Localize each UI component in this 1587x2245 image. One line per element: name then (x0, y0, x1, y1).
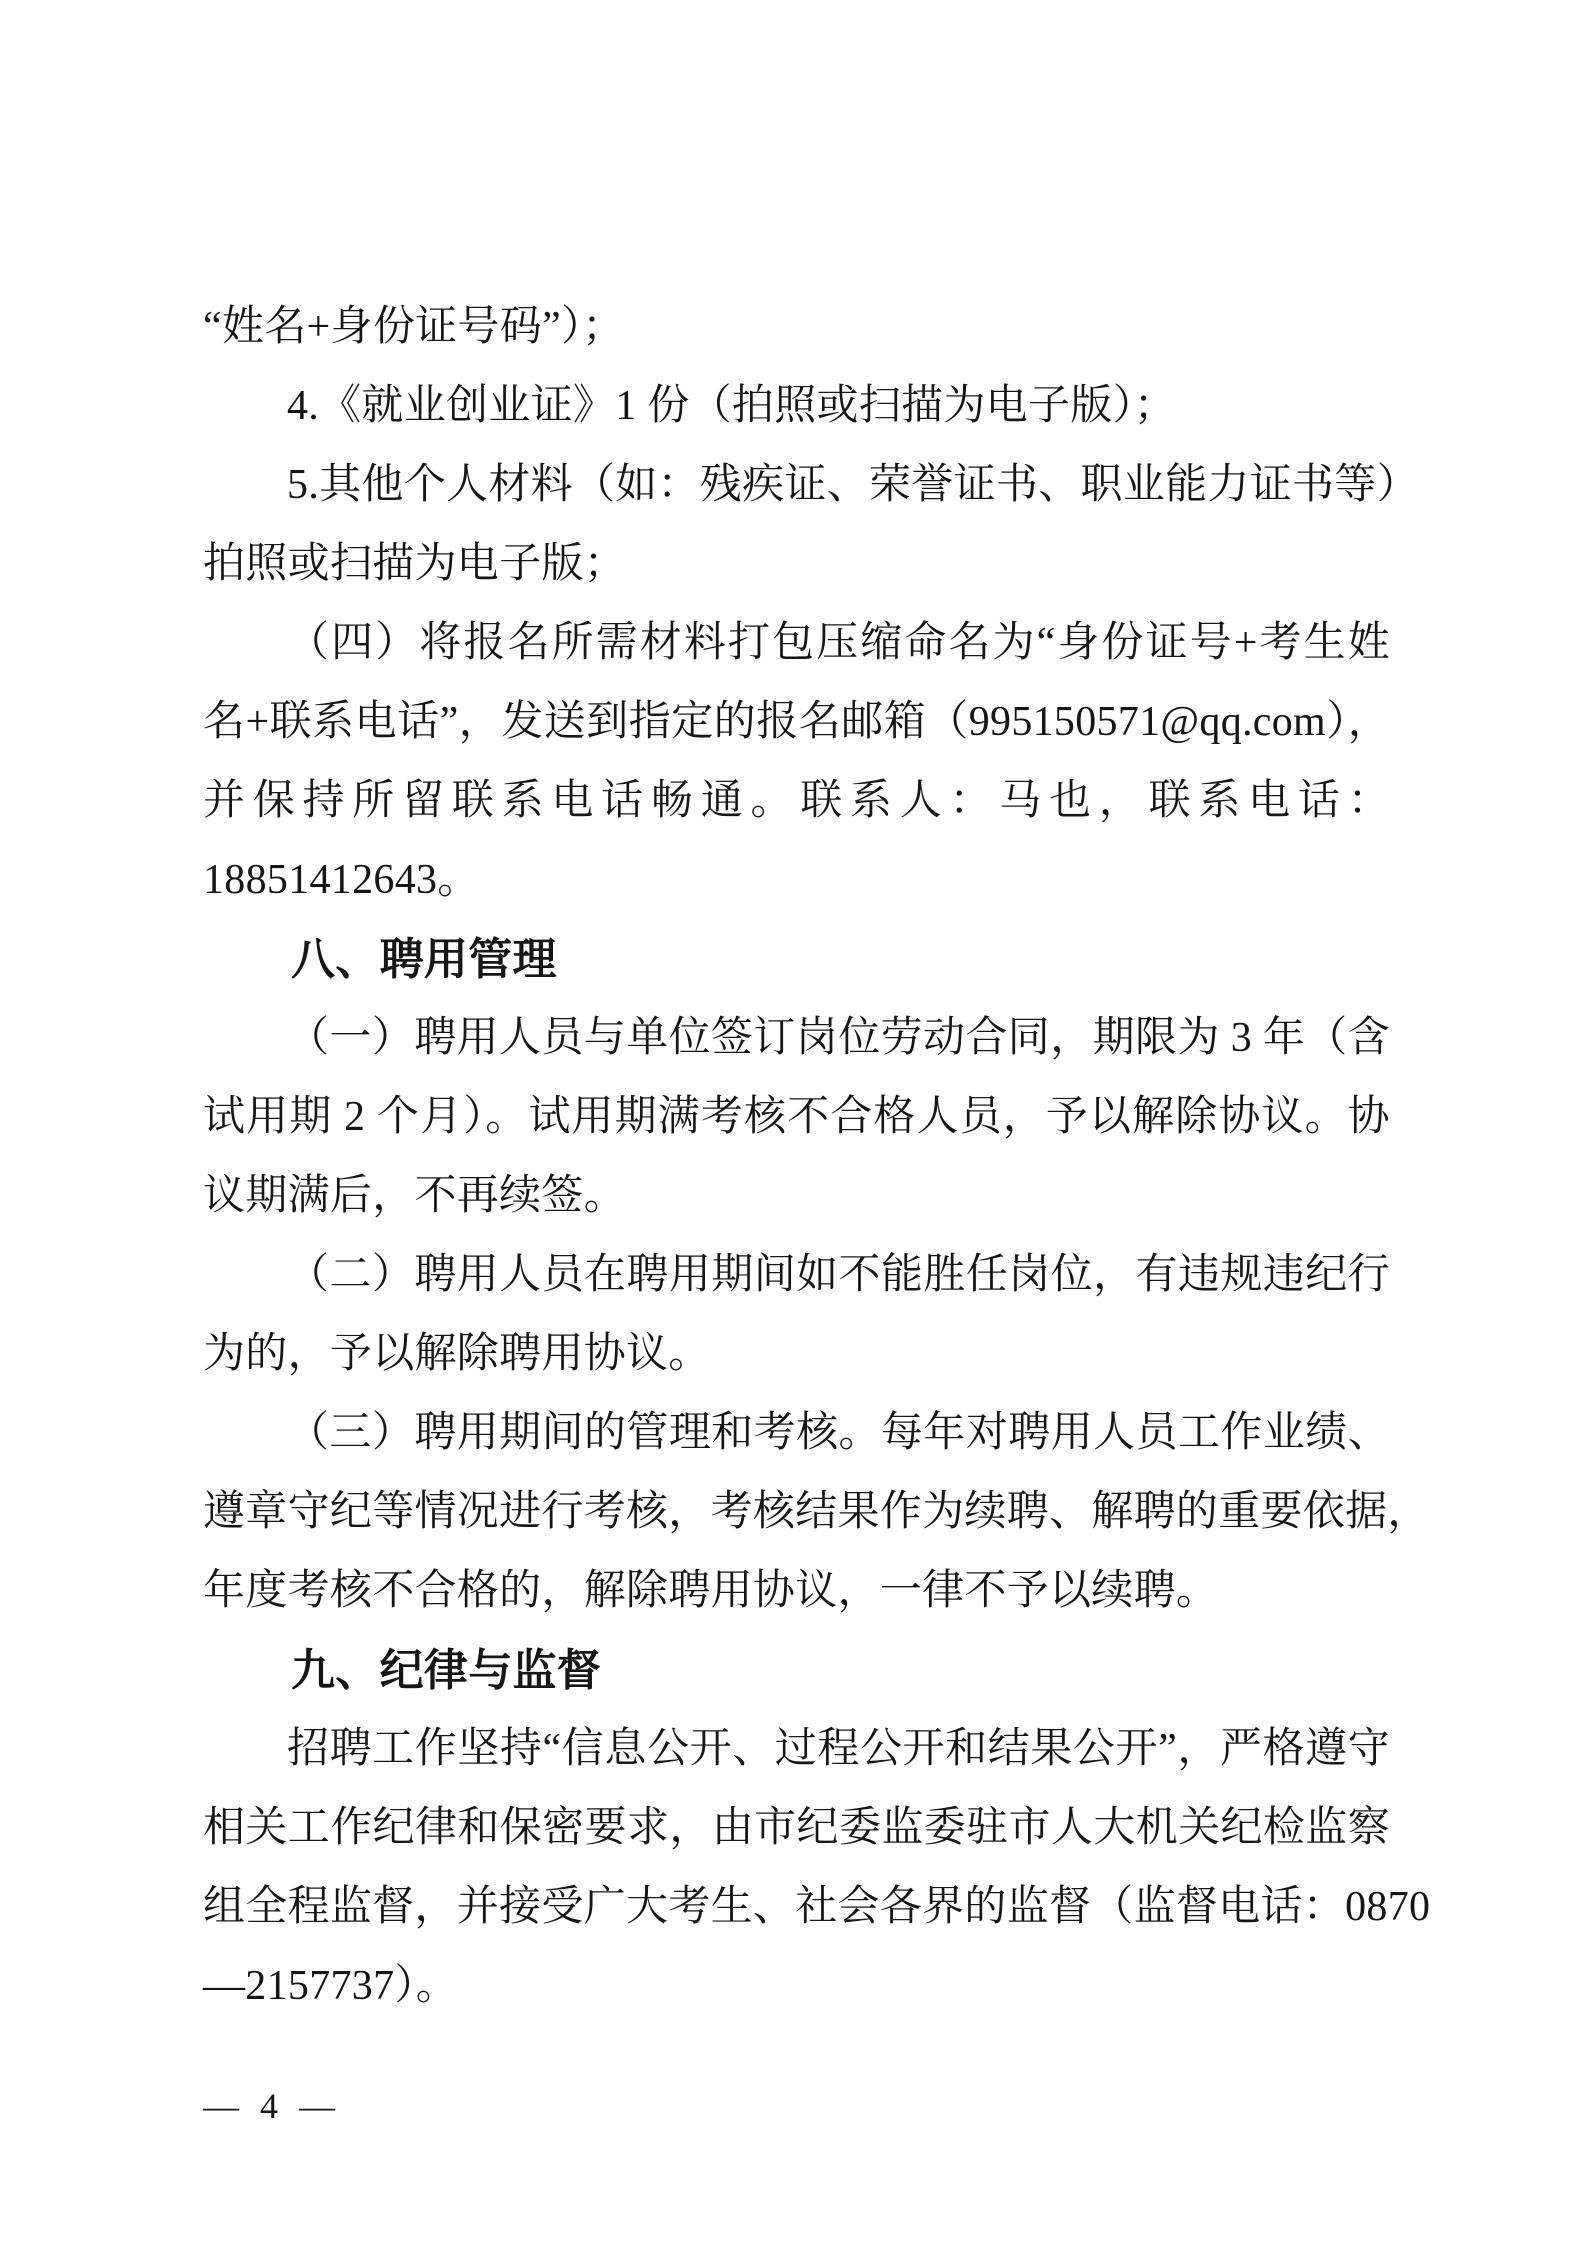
section-heading: 九、纪律与监督 (203, 1631, 1390, 1710)
document-body: “姓名+身份证号码”）；4.《就业创业证》1 份（拍照或扫描为电子版）；5.其他… (203, 288, 1390, 2026)
document-line: 18851412643。 (203, 841, 1390, 920)
document-line: 并保持所留联系电话畅通。联系人：马也，联系电话： (203, 762, 1390, 841)
document-line: （三）聘用期间的管理和考核。每年对聘用人员工作业绩、 (203, 1394, 1390, 1473)
document-line: 为的，予以解除聘用协议。 (203, 1315, 1390, 1394)
document-line: （四）将报名所需材料打包压缩命名为“身份证号+考生姓 (203, 604, 1390, 683)
document-line: 4.《就业创业证》1 份（拍照或扫描为电子版）； (203, 367, 1390, 446)
document-line: 组全程监督，并接受广大考生、社会各界的监督（监督电话：0870 (203, 1868, 1390, 1947)
document-line: —2157737）。 (203, 1947, 1390, 2026)
document-line: 遵章守纪等情况进行考核，考核结果作为续聘、解聘的重要依据， (203, 1473, 1390, 1552)
document-line: 年度考核不合格的，解除聘用协议，一律不予以续聘。 (203, 1552, 1390, 1631)
document-line: 5.其他个人材料（如：残疾证、荣誉证书、职业能力证书等） (203, 446, 1390, 525)
document-line: 试用期 2 个月）。试用期满考核不合格人员，予以解除协议。协 (203, 1078, 1390, 1157)
document-page: “姓名+身份证号码”）；4.《就业创业证》1 份（拍照或扫描为电子版）；5.其他… (0, 0, 1587, 2245)
document-line: （二）聘用人员在聘用期间如不能胜任岗位，有违规违纪行 (203, 1236, 1390, 1315)
document-line: 招聘工作坚持“信息公开、过程公开和结果公开”，严格遵守 (203, 1710, 1390, 1789)
document-line: （一）聘用人员与单位签订岗位劳动合同，期限为 3 年（含 (203, 999, 1390, 1078)
section-heading: 八、聘用管理 (203, 920, 1390, 999)
document-line: “姓名+身份证号码”）； (203, 288, 1390, 367)
document-line: 议期满后，不再续签。 (203, 1157, 1390, 1236)
document-line: 相关工作纪律和保密要求，由市纪委监委驻市人大机关纪检监察 (203, 1789, 1390, 1868)
page-footer: — 4 — (203, 2086, 341, 2126)
page-number: — 4 — (203, 2086, 341, 2126)
document-line: 拍照或扫描为电子版； (203, 525, 1390, 604)
document-line: 名+联系电话”，发送到指定的报名邮箱（995150571@qq.com）， (203, 683, 1390, 762)
